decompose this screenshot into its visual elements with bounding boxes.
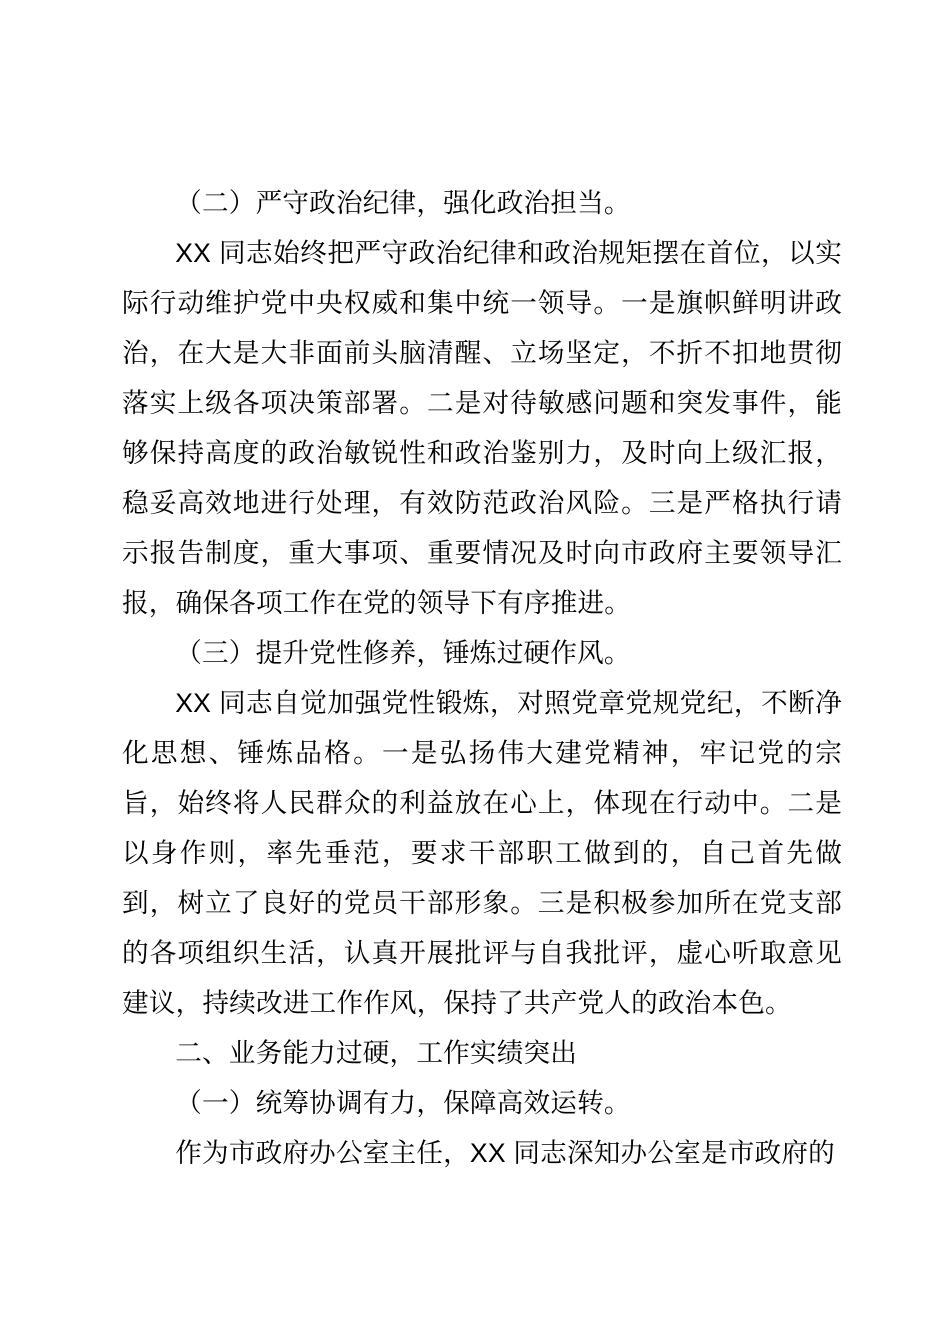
body-paragraph: XX 同志始终把严守政治纪律和政治规矩摆在首位，以实际行动维护党中央权威和集中统… <box>122 228 842 628</box>
sub-heading: （二）严守政治纪律，强化政治担当。 <box>122 178 842 228</box>
body-paragraph: 作为市政府办公室主任，XX 同志深知办公室是市政府的 <box>122 1128 842 1178</box>
sub-heading: （一）统筹协调有力，保障高效运转。 <box>122 1078 842 1128</box>
body-paragraph: XX 同志自觉加强党性锻炼，对照党章党规党纪，不断净化思想、锤炼品格。一是弘扬伟… <box>122 678 842 1028</box>
document-body: （二）严守政治纪律，强化政治担当。XX 同志始终把严守政治纪律和政治规矩摆在首位… <box>122 178 842 1178</box>
section-heading: 二、业务能力过硬，工作实绩突出 <box>122 1028 842 1078</box>
document-page: （二）严守政治纪律，强化政治担当。XX 同志始终把严守政治纪律和政治规矩摆在首位… <box>0 0 950 1344</box>
sub-heading: （三）提升党性修养，锤炼过硬作风。 <box>122 628 842 678</box>
